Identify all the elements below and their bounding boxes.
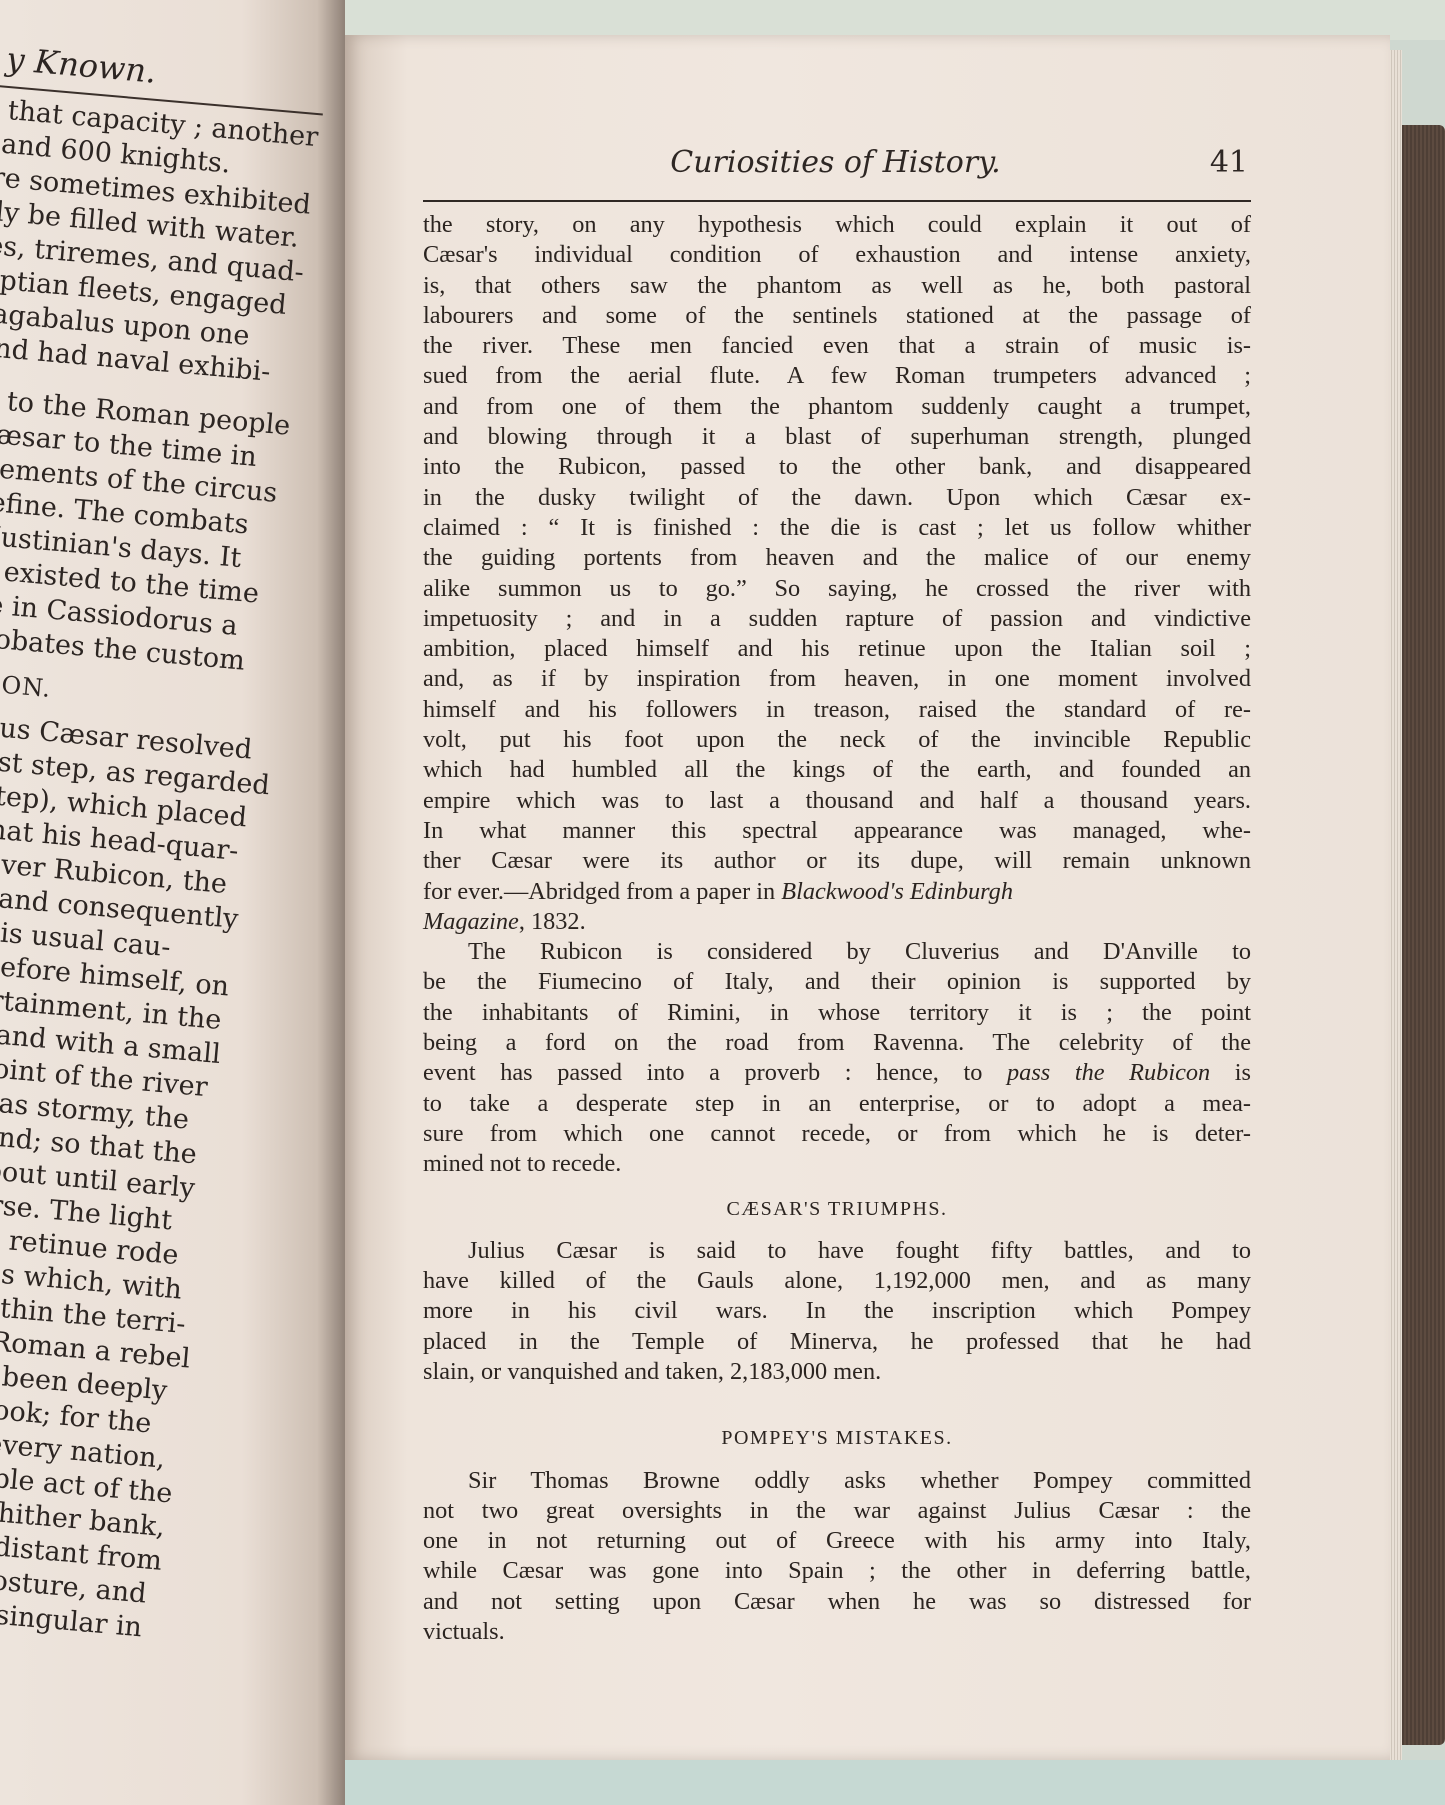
text-line: the river. These men fancied even that a… [423,331,1251,361]
text-line: Julius Cæsar is said to have fought fift… [423,1236,1251,1266]
text-line: the inhabitants of Rimini, in whose terr… [423,998,1251,1028]
running-head: Curiosities of History. [423,145,1248,180]
source-citation: for ever.—Abridged from a paper in Black… [423,877,1251,907]
text-line: mined not to recede. [423,1149,1251,1179]
text-line: In what manner this spectral appearance … [423,816,1251,846]
text-line: claimed : “ It is finished : the die is … [423,513,1251,543]
background-bottom [300,1760,1445,1805]
proverb-line: event has passed into a proverb : hence,… [423,1058,1251,1088]
text-line: not two great oversights in the war agai… [423,1496,1251,1526]
text-line: victuals. [423,1617,1251,1647]
text-line: the guiding portents from heaven and the… [423,543,1251,573]
text-line: ambition, placed himself and his retinue… [423,634,1251,664]
text-line: which had humbled all the kings of the e… [423,755,1251,785]
text-line: be the Fiumecino of Italy, and their opi… [423,967,1251,997]
text-line: while Cæsar was gone into Spain ; the ot… [423,1556,1251,1586]
left-page-text: y Known. n that capacity ; anothers and … [0,40,345,1651]
text-line: more in his civil wars. In the inscripti… [423,1296,1251,1326]
left-lines-top: n that capacity ; anothers and 600 knigh… [0,92,342,394]
text-line: one in not returning out of Greece with … [423,1526,1251,1556]
text-line: in the dusky twilight of the dawn. Upon … [423,483,1251,513]
text-line: empire which was to last a thousand and … [423,786,1251,816]
text-line: ther Cæsar were its author or its dupe, … [423,846,1251,876]
background-top [330,0,1445,40]
page-number: 41 [1210,145,1248,180]
text-line: into the Rubicon, passed to the other ba… [423,452,1251,482]
source-citation-cont: Magazine, 1832. [423,907,1251,937]
text-line: is, that others saw the phantom as well … [423,271,1251,301]
page-body: the story, on any hypothesis which could… [423,210,1251,1647]
text-line: Sir Thomas Browne oddly asks whether Pom… [423,1466,1251,1496]
text-line: alike summon us to go.” So saying, he cr… [423,574,1251,604]
section-heading-caesars-triumphs: CÆSAR'S TRIUMPHS. [423,1194,1251,1224]
text-line: himself and his followers in treason, ra… [423,695,1251,725]
text-line: and not setting upon Cæsar when he was s… [423,1587,1251,1617]
left-lines-mid: ble to the Roman peoples Cæsar to the ti… [0,381,317,683]
left-page: y Known. n that capacity ; anothers and … [0,0,345,1805]
text-line: volt, put his foot upon the neck of the … [423,725,1251,755]
paragraph-caesars-triumphs: Julius Cæsar is said to have fought fift… [423,1236,1251,1387]
text-line: and blowing through it a blast of superh… [423,422,1251,452]
page-header: Curiosities of History. 41 [423,145,1248,195]
text-line: and, as if by inspiration from heaven, i… [423,664,1251,694]
paragraph-rubicon: The Rubicon is considered by Cluverius a… [423,937,1251,1058]
text-line: to take a desperate step in an enterpris… [423,1089,1251,1119]
text-line: and from one of them the phantom suddenl… [423,392,1251,422]
text-line: labourers and some of the sentinels stat… [423,301,1251,331]
left-lines-bottom: n Julius Cæsar resolvedhe first step, as… [0,705,288,1651]
text-line: the story, on any hypothesis which could… [423,210,1251,240]
text-line: placed in the Temple of Minerva, he prof… [423,1327,1251,1357]
text-line: impetuosity ; and in a sudden rapture of… [423,604,1251,634]
text-line: being a ford on the road from Ravenna. T… [423,1028,1251,1058]
section-heading-pompeys-mistakes: POMPEY'S MISTAKES. [423,1423,1251,1453]
text-line: slain, or vanquished and taken, 2,183,00… [423,1357,1251,1387]
text-line: Cæsar's individual condition of exhausti… [423,240,1251,270]
paragraph-pompeys-mistakes: Sir Thomas Browne oddly asks whether Pom… [423,1466,1251,1648]
left-running-head: y Known. [5,42,345,106]
text-line: The Rubicon is considered by Cluverius a… [423,937,1251,967]
paragraph-phantom: the story, on any hypothesis which could… [423,210,1251,877]
text-line: sued from the aerial flute. A few Roman … [423,361,1251,391]
text-line: sure from which one cannot recede, or fr… [423,1119,1251,1149]
right-page: Curiosities of History. 41 the story, on… [345,35,1390,1760]
text-line: have killed of the Gauls alone, 1,192,00… [423,1266,1251,1296]
header-rule [423,200,1251,202]
paragraph-rubicon-rest: to take a desperate step in an enterpris… [423,1089,1251,1180]
